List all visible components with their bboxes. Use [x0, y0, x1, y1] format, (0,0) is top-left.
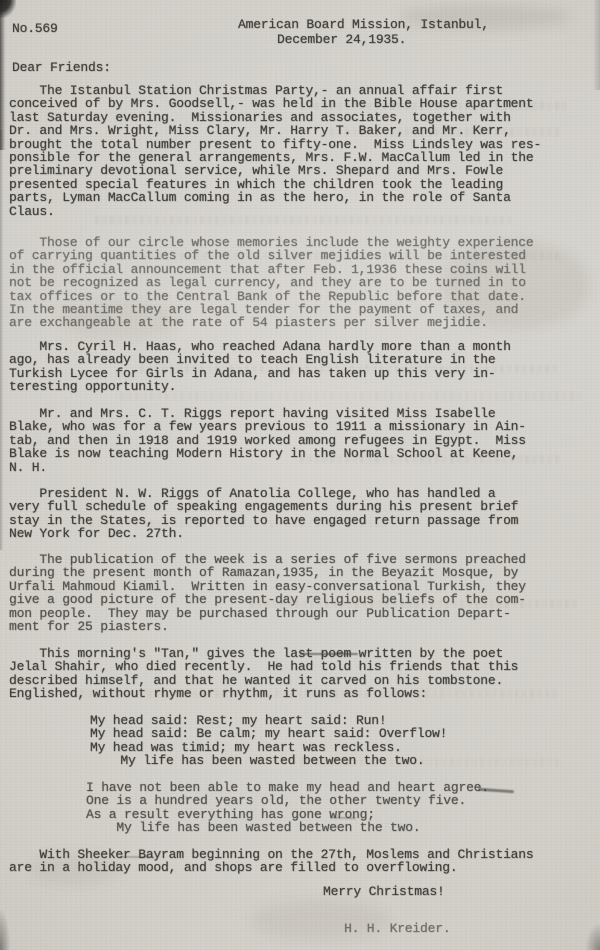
paragraph-president-riggs: President N. W. Riggs of Anatolia Colleg…	[9, 487, 518, 541]
scan-edge-artifact	[0, 910, 10, 950]
scan-edge-artifact	[0, 0, 6, 150]
letterhead-date-line: December 24,1935.	[277, 33, 406, 46]
scan-edge-artifact	[586, 924, 600, 950]
letterhead-org-line: American Board Mission, Istanbul,	[238, 18, 489, 31]
scan-edge-artifact	[592, 0, 600, 90]
poem-stanza-1: My head said: Rest; my heart said: Run! …	[90, 714, 447, 768]
paragraph-mrs-haas: Mrs. Cyril H. Haas, who reached Adana ha…	[9, 340, 511, 394]
paragraph-tan-poem-intro: This morning's "Tan," gives the last poe…	[9, 647, 518, 701]
letter-page: No.569 American Board Mission, Istanbul,…	[0, 0, 600, 950]
paragraph-bayram: With Sheeker Bayram beginning on the 27t…	[9, 848, 534, 875]
closing: Merry Christmas!	[323, 885, 445, 898]
signature: H. H. Kreider.	[344, 922, 450, 935]
scan-edge-artifact	[0, 130, 4, 550]
document-number: No.569	[12, 22, 58, 35]
paragraph-riggs-blake: Mr. and Mrs. C. T. Riggs report having v…	[9, 407, 526, 474]
poem-stanza-2: I have not been able to make my head and…	[86, 781, 489, 835]
scan-edge-artifact	[0, 0, 16, 18]
paragraph-mejidie-currency: Those of our circle whose memories inclu…	[9, 236, 534, 330]
paragraph-christmas-party: The Istanbul Station Christmas Party,- a…	[9, 84, 541, 218]
paragraph-publication: The publication of the week is a series …	[9, 553, 526, 633]
salutation: Dear Friends:	[12, 61, 111, 74]
